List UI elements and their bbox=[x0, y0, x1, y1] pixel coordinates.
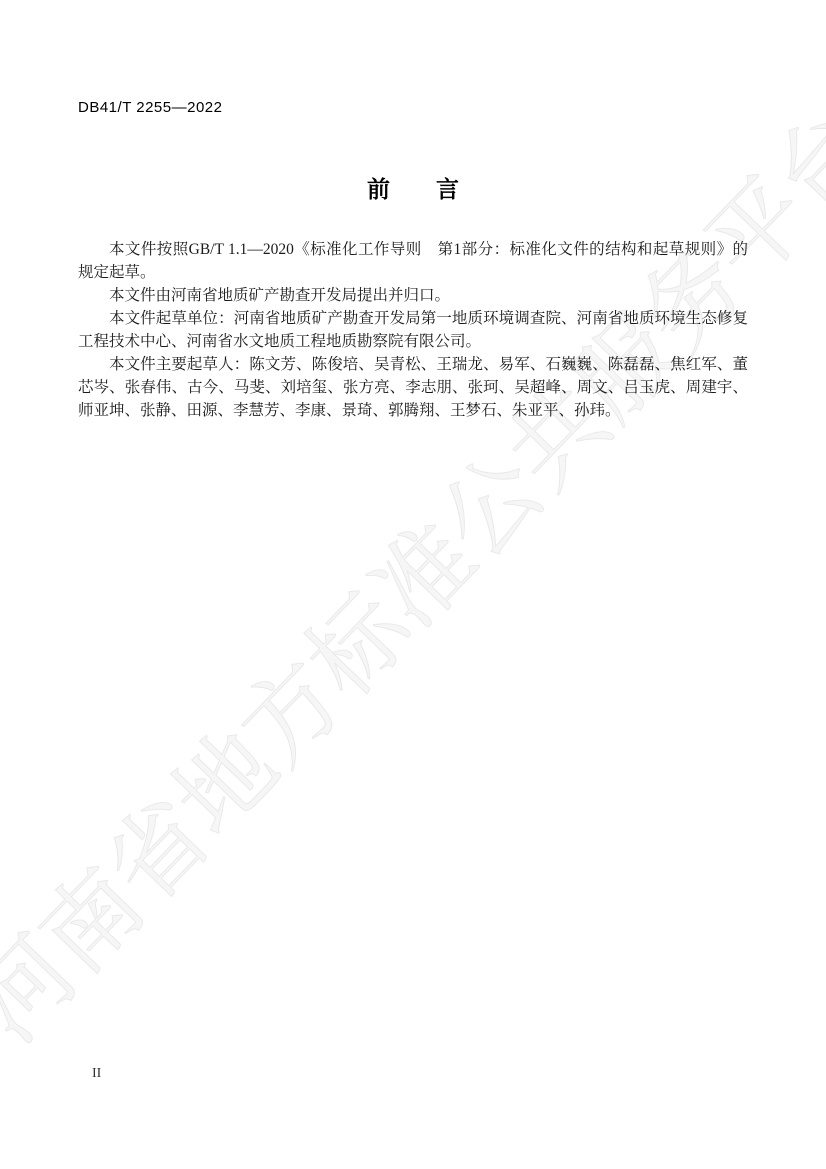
paragraph-main-drafters: 本文件主要起草人：陈文芳、陈俊培、吴青松、王瑞龙、易军、石巍巍、陈磊磊、焦红军、… bbox=[78, 353, 748, 422]
document-body: 本文件按照GB/T 1.1—2020《标准化工作导则 第1部分：标准化文件的结构… bbox=[78, 238, 748, 422]
document-page: 河南省地方标准公共服务平台 DB41/T 2255—2022 前 言 本文件按照… bbox=[0, 0, 826, 1169]
paragraph-drafting-organizations: 本文件起草单位：河南省地质矿产勘查开发局第一地质环境调查院、河南省地质环境生态修… bbox=[78, 307, 748, 353]
page-title-foreword: 前 言 bbox=[0, 171, 826, 204]
page-number: II bbox=[92, 1066, 101, 1082]
paragraph-drafting-rules: 本文件按照GB/T 1.1—2020《标准化工作导则 第1部分：标准化文件的结构… bbox=[78, 238, 748, 284]
paragraph-proposing-body: 本文件由河南省地质矿产勘查开发局提出并归口。 bbox=[78, 284, 748, 307]
watermark-text: 河南省地方标准公共服务平台 bbox=[0, 74, 826, 1067]
standard-doc-number: DB41/T 2255—2022 bbox=[78, 99, 223, 116]
